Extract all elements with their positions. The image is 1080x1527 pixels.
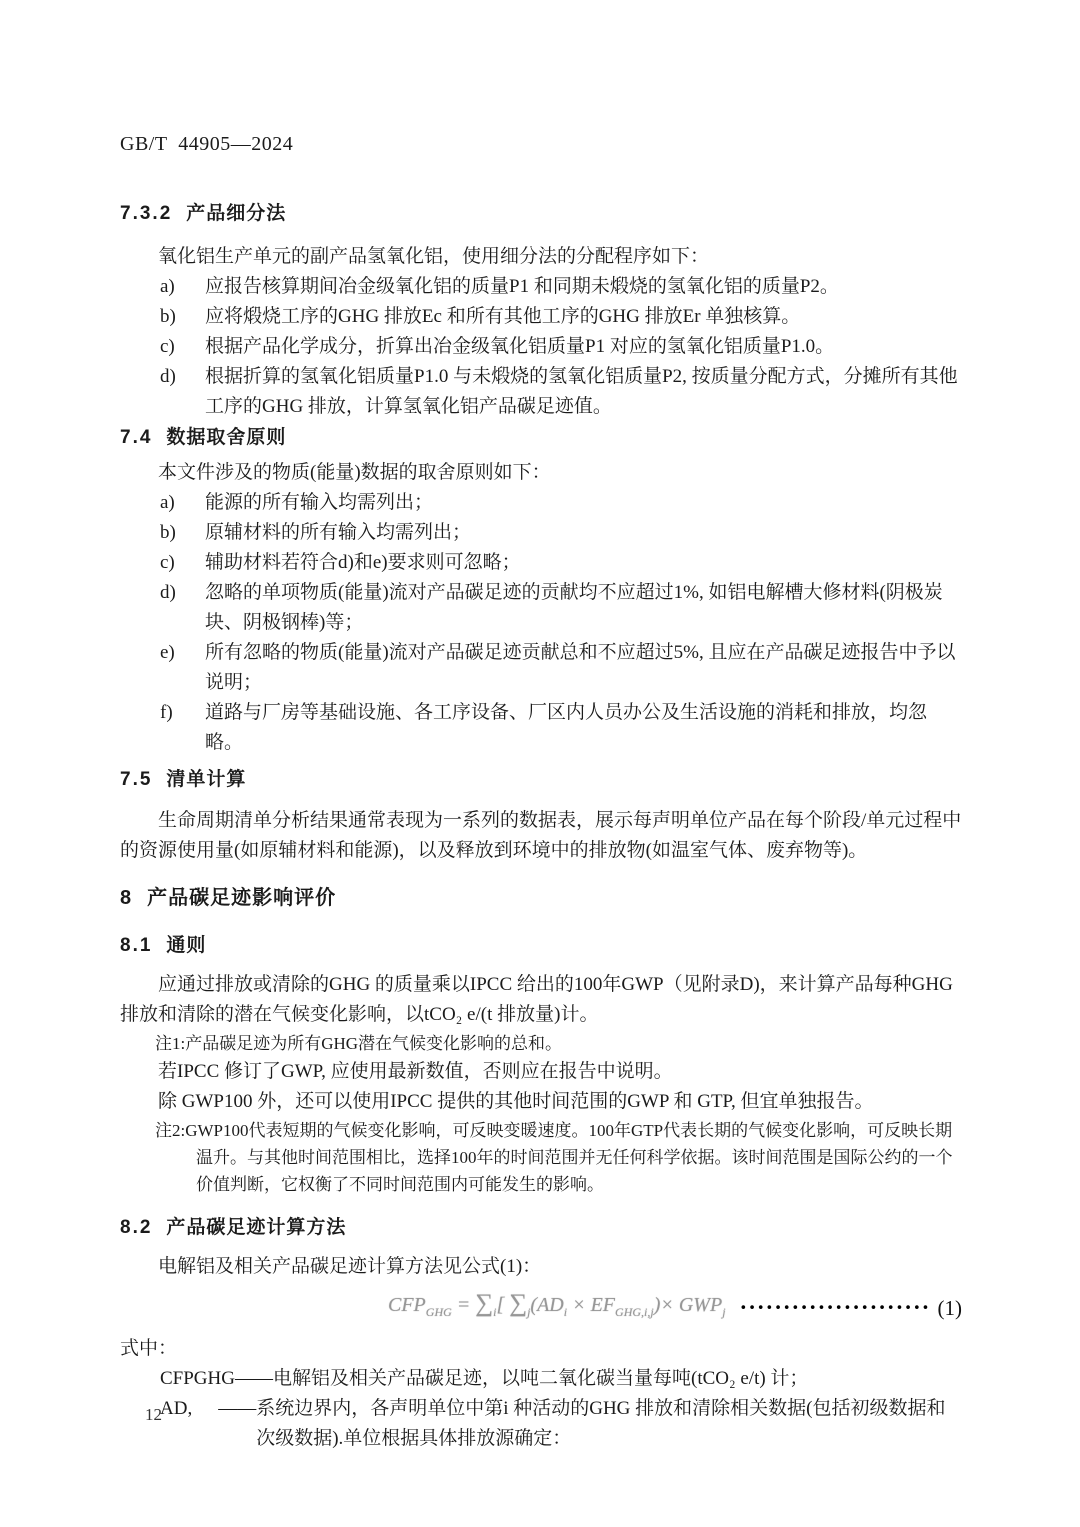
list-item-text: 原辅材料的所有输入均需列出； (205, 518, 962, 548)
heading-title: 产品细分法 (186, 200, 286, 228)
definition-text: 电解铝及相关产品碳足迹，以吨二氧化碳当量每吨(tCO₂ e/t) 计； (273, 1364, 962, 1394)
equation-dot-leader: ························ (740, 1293, 928, 1323)
heading-7-4: 7.4 数据取舍原则 (120, 424, 962, 452)
formula-equals: = (452, 1294, 476, 1316)
standard-number: GB/T 44905—2024 (120, 132, 962, 156)
heading-8-1: 8.1 通则 (120, 932, 962, 960)
list-item: b) 应将煅烧工序的GHG 排放Ec 和所有其他工序的GHG 排放Er 单独核算… (120, 302, 962, 332)
heading-7-3-2: 7.3.2 产品细分法 (120, 200, 962, 228)
list-item-text: 道路与厂房等基础设施、各工序设备、厂区内人员办公及生活设施的消耗和排放，均忽略。 (205, 698, 962, 758)
paragraph-732-intro: 氧化铝生产单元的副产品氢氧化铝，使用细分法的分配程序如下： (120, 242, 962, 272)
equation-number: (1) (938, 1293, 963, 1323)
formula-ad: (AD (530, 1294, 563, 1316)
list-item-text: 忽略的单项物质(能量)流对产品碳足迹的贡献均不应超过1%, 如铝电解槽大修材料(… (205, 578, 962, 638)
heading-7-5: 7.5 清单计算 (120, 766, 962, 794)
list-item: c) 根据产品化学成分，折算出冶金级氧化铝质量P1 对应的氢氧化铝质量P1.0。 (120, 332, 962, 362)
list-item-label: a) (160, 272, 205, 302)
heading-number: 8.2 (120, 1214, 152, 1242)
list-item-text: 应将煅烧工序的GHG 排放Ec 和所有其他工序的GHG 排放Er 单独核算。 (205, 302, 962, 332)
definition-dash: —— (235, 1364, 273, 1394)
list-item: a) 能源的所有输入均需列出； (120, 488, 962, 518)
heading-title: 清单计算 (166, 766, 246, 794)
heading-number: 7.4 (120, 424, 152, 452)
list-item: d) 忽略的单项物质(能量)流对产品碳足迹的贡献均不应超过1%, 如铝电解槽大修… (120, 578, 962, 638)
list-item-label: b) (160, 302, 205, 332)
formula-ef: × EF (567, 1294, 615, 1316)
list-item-label: b) (160, 518, 205, 548)
heading-8: 8 产品碳足迹影响评价 (120, 884, 962, 912)
list-item: c) 辅助材料若符合d)和e)要求则可忽略； (120, 548, 962, 578)
definition-ad: AD, —— 系统边界内，各声明单位中第i 种活动的GHG 排放和清除相关数据(… (120, 1394, 962, 1454)
heading-number: 7.5 (120, 766, 152, 794)
paragraph-74-intro: 本文件涉及的物质(能量)数据的取舍原则如下： (120, 458, 962, 488)
formula-cfp: CFP (388, 1294, 426, 1316)
formula-ef-sub: GHG,i,j (615, 1305, 654, 1319)
list-item-text: 根据折算的氢氧化铝质量P1.0 与未煅烧的氢氧化铝质量P2, 按质量分配方式，分… (205, 362, 962, 422)
note-1: 注1:产品碳足迹为所有GHG潜在气候变化影响的总和。 (120, 1030, 962, 1057)
paragraph-81-gwp-revision: 若IPCC 修订了GWP, 应使用最新数值，否则应在报告中说明。 (120, 1057, 962, 1087)
page-number: 12 (145, 1400, 162, 1430)
list-item: a) 应报告核算期间冶金级氧化铝的质量P1 和同期未煅烧的氢氧化铝的质量P2。 (120, 272, 962, 302)
definition-term: CFPGHG (160, 1364, 235, 1394)
definition-cfpghg: CFPGHG —— 电解铝及相关产品碳足迹，以吨二氧化碳当量每吨(tCO₂ e/… (120, 1364, 962, 1394)
heading-title: 产品碳足迹计算方法 (166, 1214, 346, 1242)
sigma-inner-icon: ∑ (509, 1290, 527, 1317)
equation-1-formula: CFPGHG = ∑i[ ∑j(ADi × EFGHG,i,j)× GWPj (358, 1259, 726, 1357)
formula-bracket: [ (496, 1294, 509, 1316)
document-page: GB/T 44905—2024 7.3.2 产品细分法 氧化铝生产单元的副产品氢… (0, 0, 1080, 1527)
equation-1-row: CFPGHG = ∑i[ ∑j(ADi × EFGHG,i,j)× GWPj ·… (358, 1290, 962, 1326)
formula-gwp: )× GWP (654, 1294, 722, 1316)
note-2: 注2:GWP100代表短期的气候变化影响，可反映变暖速度。100年GTP代表长期… (120, 1117, 962, 1198)
heading-number: 7.3.2 (120, 200, 172, 228)
list-item-text: 能源的所有输入均需列出； (205, 488, 962, 518)
heading-8-2: 8.2 产品碳足迹计算方法 (120, 1214, 962, 1242)
sigma-outer-icon: ∑ (475, 1290, 493, 1317)
list-item-text: 所有忽略的物质(能量)流对产品碳足迹贡献总和不应超过5%, 且应在产品碳足迹报告… (205, 638, 962, 698)
list-item: d) 根据折算的氢氧化铝质量P1.0 与未煅烧的氢氧化铝质量P2, 按质量分配方… (120, 362, 962, 422)
list-item-label: d) (160, 578, 205, 638)
list-732: a) 应报告核算期间冶金级氧化铝的质量P1 和同期未煅烧的氢氧化铝的质量P2。 … (120, 272, 962, 422)
paragraph-81-main: 应通过排放或清除的GHG 的质量乘以IPCC 给出的100年GWP（见附录D)，… (120, 970, 962, 1030)
heading-number: 8 (120, 884, 133, 912)
formula-cfp-sub: GHG (426, 1305, 452, 1319)
heading-number: 8.1 (120, 932, 152, 960)
list-item-label: a) (160, 488, 205, 518)
paragraph-75-body: 生命周期清单分析结果通常表现为一系列的数据表，展示每声明单位产品在每个阶段/单元… (120, 806, 962, 866)
definition-text: 系统边界内，各声明单位中第i 种活动的GHG 排放和清除相关数据(包括初级数据和… (256, 1394, 962, 1454)
list-item-label: f) (160, 698, 205, 758)
heading-title: 产品碳足迹影响评价 (147, 884, 336, 912)
list-item-text: 应报告核算期间冶金级氧化铝的质量P1 和同期未煅烧的氢氧化铝的质量P2。 (205, 272, 962, 302)
list-item-text: 辅助材料若符合d)和e)要求则可忽略； (205, 548, 962, 578)
list-item-label: d) (160, 362, 205, 422)
heading-title: 数据取舍原则 (166, 424, 286, 452)
list-item: b) 原辅材料的所有输入均需列出； (120, 518, 962, 548)
definition-dash: —— (218, 1394, 256, 1454)
list-item-label: c) (160, 548, 205, 578)
list-item-text: 根据产品化学成分，折算出冶金级氧化铝质量P1 对应的氢氧化铝质量P1.0。 (205, 332, 962, 362)
list-item: f) 道路与厂房等基础设施、各工序设备、厂区内人员办公及生活设施的消耗和排放，均… (120, 698, 962, 758)
list-item-label: e) (160, 638, 205, 698)
list-item-label: c) (160, 332, 205, 362)
definition-term: AD, (160, 1394, 192, 1454)
heading-title: 通则 (166, 932, 206, 960)
paragraph-81-gwp100: 除 GWP100 外，还可以使用IPCC 提供的其他时间范围的GWP 和 GTP… (120, 1087, 962, 1117)
list-item: e) 所有忽略的物质(能量)流对产品碳足迹贡献总和不应超过5%, 且应在产品碳足… (120, 638, 962, 698)
list-74: a) 能源的所有输入均需列出； b) 原辅材料的所有输入均需列出； c) 辅助材… (120, 488, 962, 758)
formula-gwp-sub: j (722, 1305, 725, 1319)
